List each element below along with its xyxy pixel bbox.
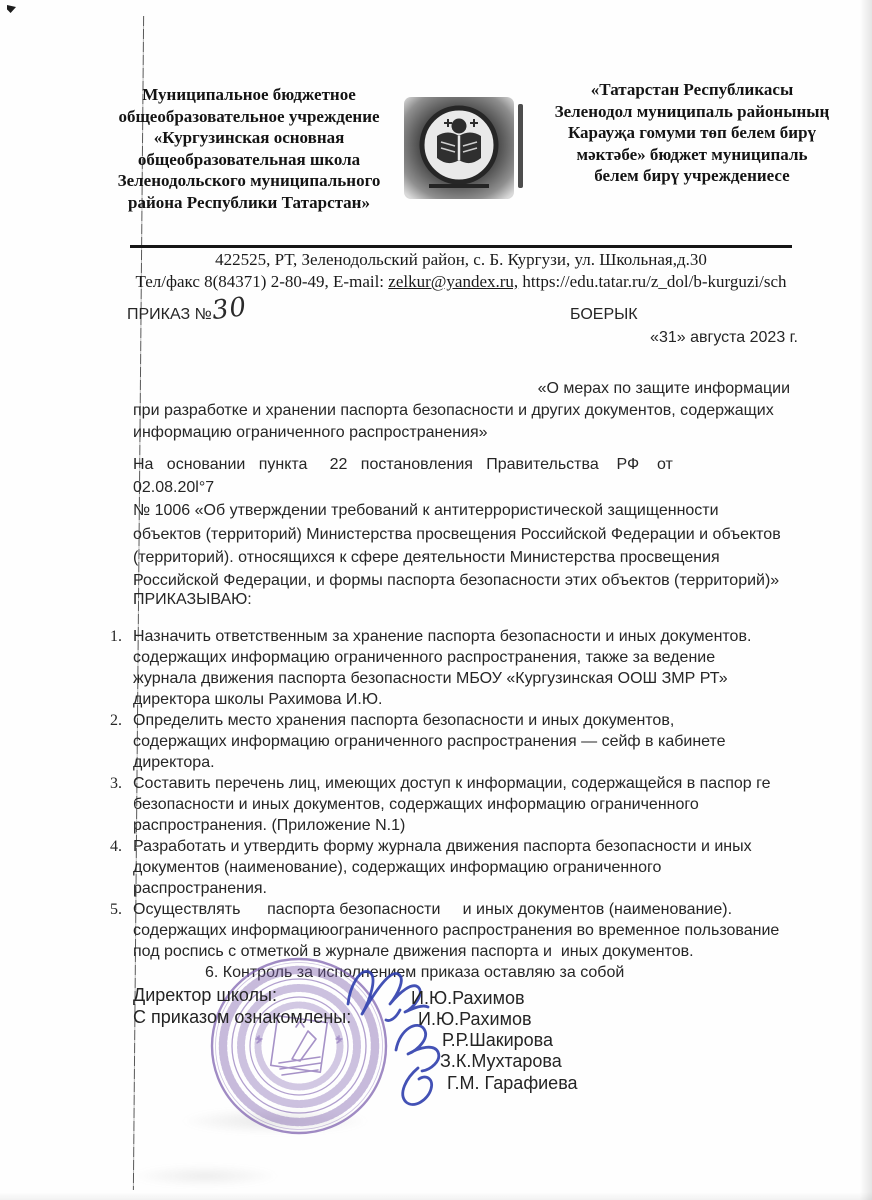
- website-text: https://edu.tatar.ru/z_dol/b-kurguzi/sch: [518, 272, 786, 291]
- scan-edge-bottom: [0, 1192, 872, 1200]
- order-item-text: Разработать и утвердить форму журнала дв…: [133, 836, 826, 899]
- signatory-name: Р.Р.Шакирова: [442, 1030, 553, 1051]
- phone-fax-text: Тел/факс 8(84371) 2-80-49, E-mail:: [135, 272, 388, 291]
- order-item-number: 1.: [110, 626, 133, 710]
- org-name-russian: Муниципальное бюджетное общеобразователь…: [86, 84, 412, 213]
- signatory-name: И.Ю.Рахимов: [411, 988, 525, 1009]
- order-basis-paragraph: На основании пункта 22 постановления Пра…: [133, 453, 835, 592]
- order-number-handwritten: 30: [210, 292, 248, 326]
- signatory-name: З.К.Мухтарова: [440, 1051, 562, 1072]
- order-title-line-3: информацию ограниченного распространения…: [133, 424, 833, 442]
- scan-artifact-bar: [518, 104, 523, 188]
- order-title-line-2: при разработке и хранении паспорта безоп…: [133, 402, 833, 420]
- director-label: Директор школы:: [133, 985, 277, 1006]
- email-link[interactable]: zelkur@yandex.ru,: [388, 272, 518, 291]
- order-items-list: 1. Назначить ответственным за хранение п…: [110, 626, 826, 983]
- address-line: 422525, РТ, Зеленодольский район, с. Б. …: [105, 250, 817, 270]
- order-item-number: 4.: [110, 836, 133, 899]
- signatory-name: Г.М. Гарафиева: [447, 1073, 578, 1094]
- order-item-text: Составить перечень лиц, имеющих доступ к…: [133, 773, 826, 836]
- school-logo: [403, 96, 515, 200]
- scan-corner-mark: [7, 5, 16, 13]
- order-item-text: Определить место хранения паспорта безоп…: [133, 710, 826, 773]
- order-item-number: 3.: [110, 773, 133, 836]
- contact-line: Тел/факс 8(84371) 2-80-49, E-mail: zelku…: [105, 272, 817, 292]
- order-item-text: Назначить ответственным за хранение пасп…: [133, 626, 826, 710]
- order-item: 4. Разработать и утвердить форму журнала…: [110, 836, 826, 899]
- scan-smudge: [130, 1165, 280, 1187]
- scanned-order-page: Муниципальное бюджетное общеобразователь…: [0, 0, 872, 1200]
- decree-word: ПРИКАЗЫВАЮ:: [133, 591, 252, 609]
- school-emblem-icon: [403, 96, 515, 200]
- order-item-number: 5.: [110, 899, 133, 962]
- order-item: 3. Составить перечень лиц, имеющих досту…: [110, 773, 826, 836]
- signatory-name: И.Ю.Рахимов: [418, 1009, 532, 1030]
- header-divider: [130, 245, 792, 248]
- order-label-russian: ПРИКАЗ №: [127, 306, 212, 324]
- order-title-line-1: «О мерах по защите информации: [133, 380, 790, 398]
- order-date: «31» августа 2023 г.: [560, 329, 798, 347]
- org-name-tatar: «Татарстан Республикасы Зеленодол муници…: [522, 79, 862, 187]
- order-label-tatar: БОЕРЫК: [570, 306, 638, 324]
- acquainted-label: С приказом ознакомлены:: [133, 1007, 351, 1028]
- order-item: 1. Назначить ответственным за хранение п…: [110, 626, 826, 710]
- order-item-number: 2.: [110, 710, 133, 773]
- order-item: 2. Определить место хранения паспорта бе…: [110, 710, 826, 773]
